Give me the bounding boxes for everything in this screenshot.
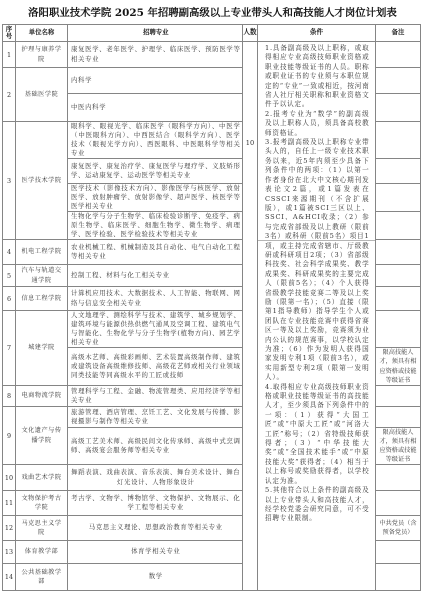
row-unit: 公共基础教学部 [16, 564, 68, 591]
row-unit: 马克思主义学院 [16, 516, 68, 541]
row-unit: 汽车与轨道交通学院 [16, 265, 68, 287]
row-remark [376, 407, 421, 428]
row-major: 生物化学与分子生物学、临床检验诊断学、免疫学、病原生物学、临床医学、细胞生物学、… [68, 212, 243, 240]
row-seq: 14 [2, 564, 16, 591]
row-remark: 限高技能人才，须具有相应资格或技能等级证书 [376, 428, 421, 465]
header-conditions: 条件 [258, 24, 376, 42]
condition-paragraph: 5.其他符合以上条件的副高级及以上专业带头人和高技能人才，经学校党委会研究同意，… [265, 486, 370, 524]
row-remark [376, 42, 421, 68]
row-remark [376, 311, 421, 348]
row-remark [376, 122, 421, 159]
row-remark [376, 265, 421, 287]
condition-paragraph: 3.报考副高级及以上职称专业带头人的，自任上一级专业技术职务以来，近5年内须至少… [265, 138, 370, 383]
row-unit: 信息工程学院 [16, 287, 68, 311]
row-seq: 6 [2, 287, 16, 311]
row-major: 眼科学、眼视光学、临床医学（眼科学方向）、中医学（中医眼科方向）、中西医结合（眼… [68, 122, 243, 159]
row-unit: 文物保护考古学院 [16, 491, 68, 516]
row-seq: 1 [2, 42, 16, 68]
row-remark [376, 564, 421, 591]
row-unit: 电商物流学院 [16, 386, 68, 407]
row-major: 计算机应用技术、大数据技术、人工智能、物联网、网络与信息安全相关专业 [68, 287, 243, 311]
row-remark [376, 287, 421, 311]
row-unit: 体育教学部 [16, 541, 68, 564]
row-remark [376, 491, 421, 516]
row-major: 医学技术（影像技术方向）、影像医学与核医学、放射医学、放射肿瘤学、放射影像学、超… [68, 184, 243, 212]
row-seq: 7 [2, 311, 16, 386]
row-major: 内科学 [68, 68, 243, 94]
row-major: 人文地理学、测绘科学与技术、建筑学、城乡规划学、建筑环境与能源供热供燃气通风及空… [68, 311, 243, 348]
row-major: 控制工程、材料与化工相关专业 [68, 265, 243, 287]
row-unit: 基础医学院 [16, 68, 68, 122]
row-remark [376, 212, 421, 240]
condition-paragraph: 2.报考专业为“数学”的副高级及以上职称人员，须具备高校教师资格证。 [265, 110, 370, 138]
row-seq: 10 [2, 465, 16, 491]
row-unit: 城建学院 [16, 311, 68, 386]
row-unit: 戏曲艺术学院 [16, 465, 68, 491]
row-remark [376, 94, 421, 122]
row-remark: 中共党员（含预备党员） [376, 516, 421, 541]
condition-paragraph: 4.取得相应专业高级技师职业资格或职业技能等级证书的高技能人才，至少须具备下列条… [265, 383, 370, 486]
row-unit: 机电工程学院 [16, 240, 68, 265]
row-major: 数学 [68, 564, 243, 591]
row-major: 康复医学、康复治疗学、康复医学与理疗学、义肢矫形学、运动康复学、运动医学等相关专… [68, 159, 243, 184]
row-remark [376, 465, 421, 491]
row-seq: 11 [2, 491, 16, 516]
header-seq: 序号 [2, 24, 16, 42]
row-major: 康复医学、老年医学、护理学、临床医学、预防医学等相关专业 [68, 42, 243, 68]
row-major: 舞蹈表演、戏曲表演、音乐表演、舞台美术设计、舞台灯光设计、人物形象设计 [68, 465, 243, 491]
row-remark [376, 184, 421, 212]
row-remark [376, 68, 421, 94]
row-unit: 文化遗产与传播学院 [16, 407, 68, 465]
row-major: 旅游管理、酒店管理、烹饪工艺、文化发展与传播、影视摄影与制作等相关专业 [68, 407, 243, 428]
page-title: 洛阳职业技术学院 2025 年招聘副高级以上专业带头人和高技能人才岗位计划表 [0, 5, 425, 21]
row-remark [376, 159, 421, 184]
row-seq: 12 [2, 516, 16, 541]
row-remark [376, 541, 421, 564]
row-major: 农业机械工程、机械制造及其自动化、电气自动化工程等相关专业 [68, 240, 243, 265]
row-major: 马克思主义理论、思想政治教育等相关专业 [68, 516, 243, 541]
row-seq: 13 [2, 541, 16, 564]
row-major: 高级木艺师、高级彩画师、艺术装置高级制作师、建筑或建筑设备高级维修技师、高级花艺… [68, 348, 243, 386]
page-break-line [258, 240, 375, 241]
row-remark: 限高技能人才，须具有相应资格或技能等级证书 [376, 348, 421, 386]
row-major: 高级工艺美术师、高级民间文化传承师、高级中式烹调师、高级宴会服务师等相关专业 [68, 428, 243, 465]
header-unit: 单位名称 [16, 24, 68, 42]
row-major: 考古学、文物学、博物馆学、文物保护、文物展示、化学工程等相关专业 [68, 491, 243, 516]
row-seq: 5 [2, 265, 16, 287]
row-unit: 医学技术学院 [16, 122, 68, 240]
header-count: 人数 [243, 24, 258, 42]
headcount-cell: 10 [243, 42, 258, 591]
row-seq: 4 [2, 240, 16, 265]
row-seq: 3 [2, 122, 16, 240]
row-seq: 9 [2, 407, 16, 465]
row-remark [376, 240, 421, 265]
condition-paragraph: 1.具备副高级及以上职称，或取得相应专业高级技师职业资格或职业技能等级证书的人员… [265, 44, 370, 110]
row-unit: 护理与康养学院 [16, 42, 68, 68]
row-remark [376, 386, 421, 407]
header-major: 招聘专业 [68, 24, 243, 42]
row-major: 体育学相关专业 [68, 541, 243, 564]
row-seq: 2 [2, 68, 16, 122]
conditions-cell: 1.具备副高级及以上职称，或取得相应专业高级技师职业资格或职业技能等级证书的人员… [258, 42, 376, 591]
row-major: 中医内科学 [68, 94, 243, 122]
row-major: 管理科学与工程、金融、物流管理类、应用经济学等相关专业 [68, 386, 243, 407]
row-seq: 8 [2, 386, 16, 407]
header-remark: 备注 [376, 24, 421, 42]
